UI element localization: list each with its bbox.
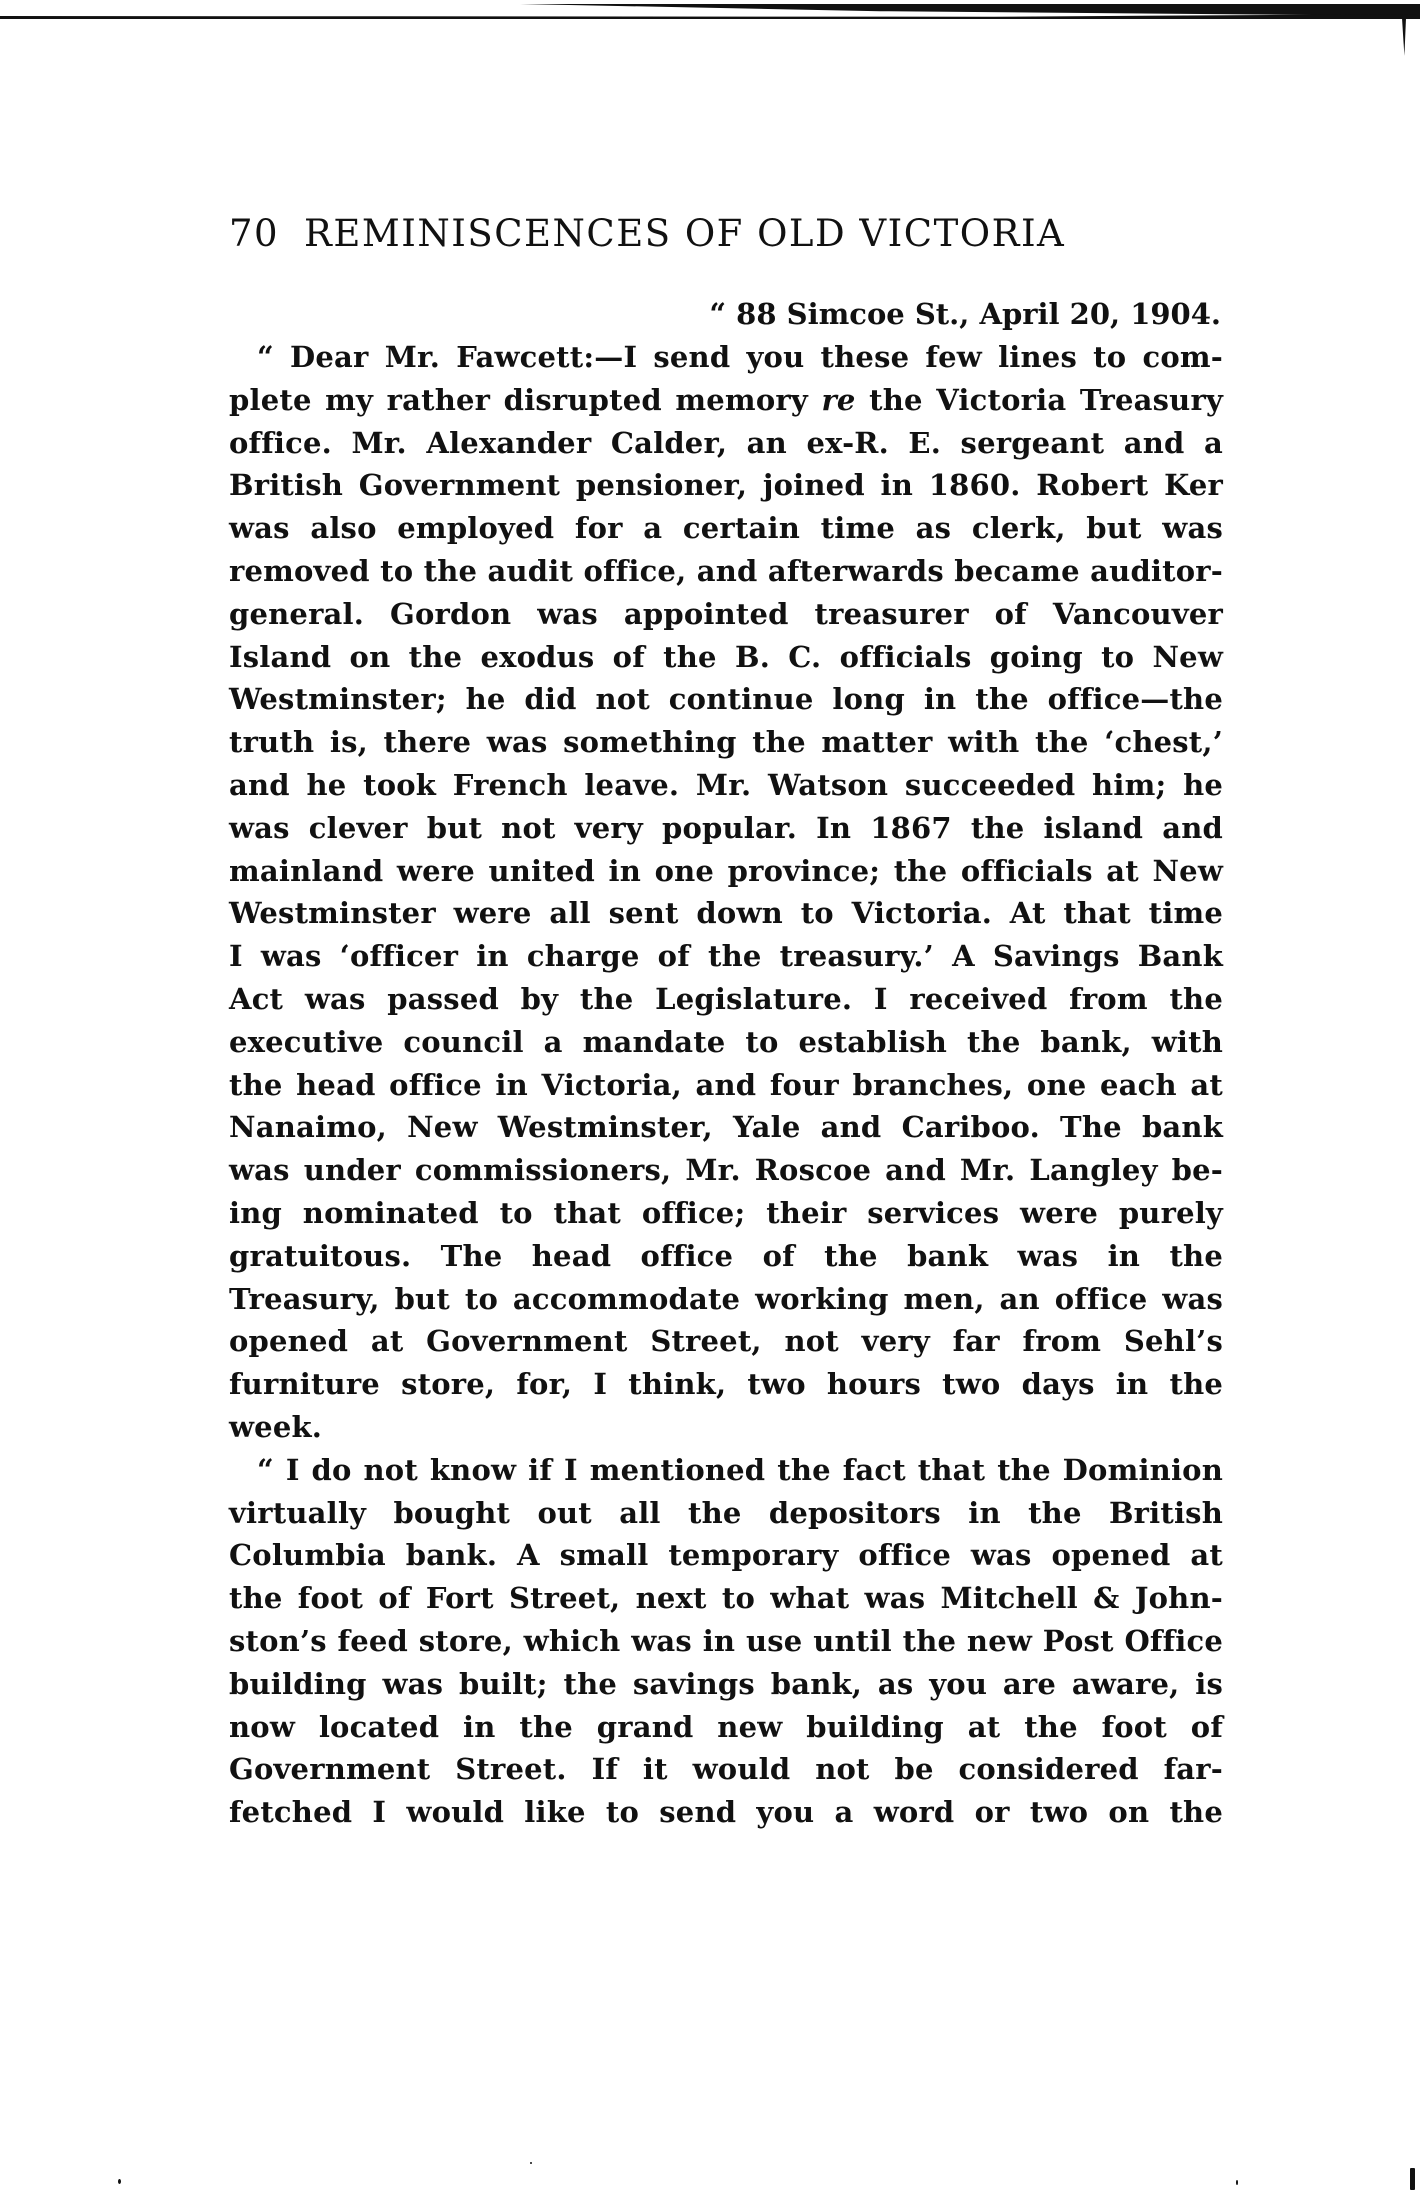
text-line: removed to the audit office, and afterwa… [229,550,1223,593]
paragraph-2: “ I do not know if I mentioned the fact … [229,1449,1223,1834]
text-line: general. Gordon was appointed treasurer … [229,593,1223,636]
text-line: gratuitous. The head office of the bank … [229,1235,1223,1278]
paragraph-1: “ Dear Mr. Fawcett:—I send you these few… [229,336,1223,1449]
text-line: executive council a mandate to establish… [229,1021,1223,1064]
text-line: Government Street. If it would not be co… [229,1748,1223,1791]
text-line: the head office in Victoria, and four br… [229,1064,1223,1107]
scan-speck [118,2179,121,2184]
scan-top-border [0,14,1420,19]
text-line: furniture store, for, I think, two hours… [229,1363,1223,1406]
letter-dateline: “ 88 Simcoe St., April 20, 1904. [229,292,1223,336]
scan-speck [530,2162,532,2164]
text-line: fetched I would like to send you a word … [229,1791,1223,1834]
text-line: Act was passed by the Legislature. I rec… [229,978,1223,1021]
running-head-title: REMINISCENCES OF OLD VICTORIA [304,212,1065,255]
text-line: now located in the grand new building at… [229,1706,1223,1749]
body-text: “ Dear Mr. Fawcett:—I send you these few… [229,336,1223,1834]
text-line: Westminster were all sent down to Victor… [229,892,1223,935]
text-line: week. [229,1406,1223,1449]
text-line: building was built; the savings bank, as… [229,1663,1223,1706]
text-line: virtually bought out all the depositors … [229,1492,1223,1535]
text-line: Columbia bank. A small temporary office … [229,1534,1223,1577]
scan-speck [1236,2180,1238,2185]
text-line: and he took French leave. Mr. Watson suc… [229,764,1223,807]
text-line: British Government pensioner, joined in … [229,464,1223,507]
page-number: 70 [229,212,304,255]
text-line: mainland were united in one province; th… [229,850,1223,893]
text-line: truth is, there was something the matter… [229,721,1223,764]
text-line: Island on the exodus of the B. C. offici… [229,636,1223,679]
text-line: plete my rather disrupted memory re the … [229,379,1223,422]
italic-word: re [821,383,855,417]
scan-edge-shadow [520,4,1420,16]
text-line: ston’s feed store, which was in use unti… [229,1620,1223,1663]
text-line: ing nominated to that office; their serv… [229,1192,1223,1235]
book-page: 70 REMINISCENCES OF OLD VICTORIA “ 88 Si… [229,212,1223,1834]
scan-corner-mark [1402,18,1406,56]
text-line: I was ‘officer in charge of the treasury… [229,935,1223,978]
text-line: office. Mr. Alexander Calder, an ex-R. E… [229,422,1223,465]
text-line: was clever but not very popular. In 1867… [229,807,1223,850]
text-line: “ Dear Mr. Fawcett:—I send you these few… [229,336,1223,379]
text-line: was under commissioners, Mr. Roscoe and … [229,1149,1223,1192]
text-line: “ I do not know if I mentioned the fact … [229,1449,1223,1492]
text-segment: the Victoria Treasury [856,383,1223,417]
text-segment: plete my rather disrupted memory [229,383,821,417]
text-line: Nanaimo, New Westminster, Yale and Carib… [229,1106,1223,1149]
text-line: was also employed for a certain time as … [229,507,1223,550]
running-head: 70 REMINISCENCES OF OLD VICTORIA [229,212,1223,260]
scan-speck [1410,2168,1415,2190]
text-line: Treasury, but to accommodate working men… [229,1278,1223,1321]
text-line: Westminster; he did not continue long in… [229,678,1223,721]
text-line: opened at Government Street, not very fa… [229,1320,1223,1363]
text-line: the foot of Fort Street, next to what wa… [229,1577,1223,1620]
